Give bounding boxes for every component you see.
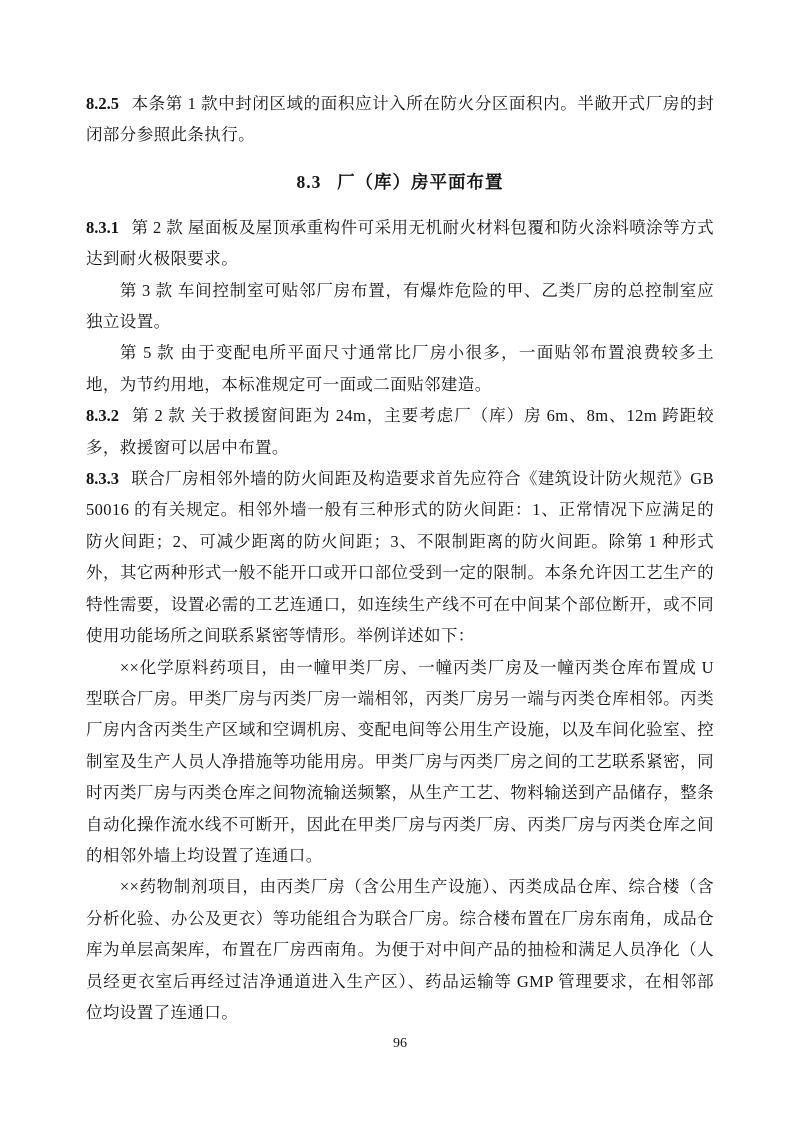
clause-text-8-3-3: 联合厂房相邻外墙的防火间距及构造要求首先应符合《建筑设计防火规范》GB 5001…	[86, 469, 714, 645]
paragraph-8-3-1-item3: 第 3 款 车间控制室可贴邻厂房布置，有爆炸危险的甲、乙类厂房的总控制室应独立设…	[86, 275, 714, 338]
section-heading-number: 8.3	[296, 172, 321, 192]
paragraph-8-2-5: 8.2.5本条第 1 款中封闭区域的面积应计入所在防火分区面积内。半敞开式厂房的…	[86, 88, 714, 151]
paragraph-8-3-3: 8.3.3联合厂房相邻外墙的防火间距及构造要求首先应符合《建筑设计防火规范》GB…	[86, 463, 714, 651]
example-2-text: ××药物制剂项目，由丙类厂房（含公用生产设施）、丙类成品仓库、综合楼（含分析化验…	[86, 877, 714, 1022]
paragraph-example-2: ××药物制剂项目，由丙类厂房（含公用生产设施）、丙类成品仓库、综合楼（含分析化验…	[86, 871, 714, 1028]
document-page: 8.2.5本条第 1 款中封闭区域的面积应计入所在防火分区面积内。半敞开式厂房的…	[0, 0, 800, 1131]
clause-number-8-2-5: 8.2.5	[86, 94, 119, 113]
page-number: 96	[393, 1036, 407, 1051]
section-heading-8-3: 8.3厂（库）房平面布置	[86, 166, 714, 198]
paragraph-8-3-2: 8.3.2第 2 款 关于救援窗间距为 24m，主要考虑厂（库）房 6m、8m、…	[86, 400, 714, 463]
clause-text-8-3-1: 第 2 款 屋面板及屋顶承重构件可采用无机耐火材料包覆和防火涂料喷涂等方式达到耐…	[86, 218, 714, 268]
section-heading-title: 厂（库）房平面布置	[337, 172, 504, 192]
clause-number-8-3-2: 8.3.2	[86, 406, 119, 425]
clause-number-8-3-1: 8.3.1	[86, 218, 119, 237]
clause-text-8-3-2: 第 2 款 关于救援窗间距为 24m，主要考虑厂（库）房 6m、8m、12m 跨…	[86, 406, 714, 456]
clause-text-8-2-5: 本条第 1 款中封闭区域的面积应计入所在防火分区面积内。半敞开式厂房的封闭部分参…	[86, 94, 714, 144]
paragraph-example-1: ××化学原料药项目，由一幢甲类厂房、一幢丙类厂房及一幢丙类仓库布置成 U 型联合…	[86, 652, 714, 872]
example-1-text: ××化学原料药项目，由一幢甲类厂房、一幢丙类厂房及一幢丙类仓库布置成 U 型联合…	[86, 658, 714, 865]
clause-number-8-3-3: 8.3.3	[86, 469, 119, 488]
clause-text-8-3-1-item5: 第 5 款 由于变配电所平面尺寸通常比厂房小很多，一面贴邻布置浪费较多土地，为节…	[86, 343, 714, 393]
clause-text-8-3-1-item3: 第 3 款 车间控制室可贴邻厂房布置，有爆炸危险的甲、乙类厂房的总控制室应独立设…	[86, 281, 714, 331]
paragraph-8-3-1: 8.3.1第 2 款 屋面板及屋顶承重构件可采用无机耐火材料包覆和防火涂料喷涂等…	[86, 212, 714, 275]
page-footer: 96	[0, 1036, 800, 1052]
paragraph-8-3-1-item5: 第 5 款 由于变配电所平面尺寸通常比厂房小很多，一面贴邻布置浪费较多土地，为节…	[86, 337, 714, 400]
document-body: 8.2.5本条第 1 款中封闭区域的面积应计入所在防火分区面积内。半敞开式厂房的…	[86, 88, 714, 1028]
